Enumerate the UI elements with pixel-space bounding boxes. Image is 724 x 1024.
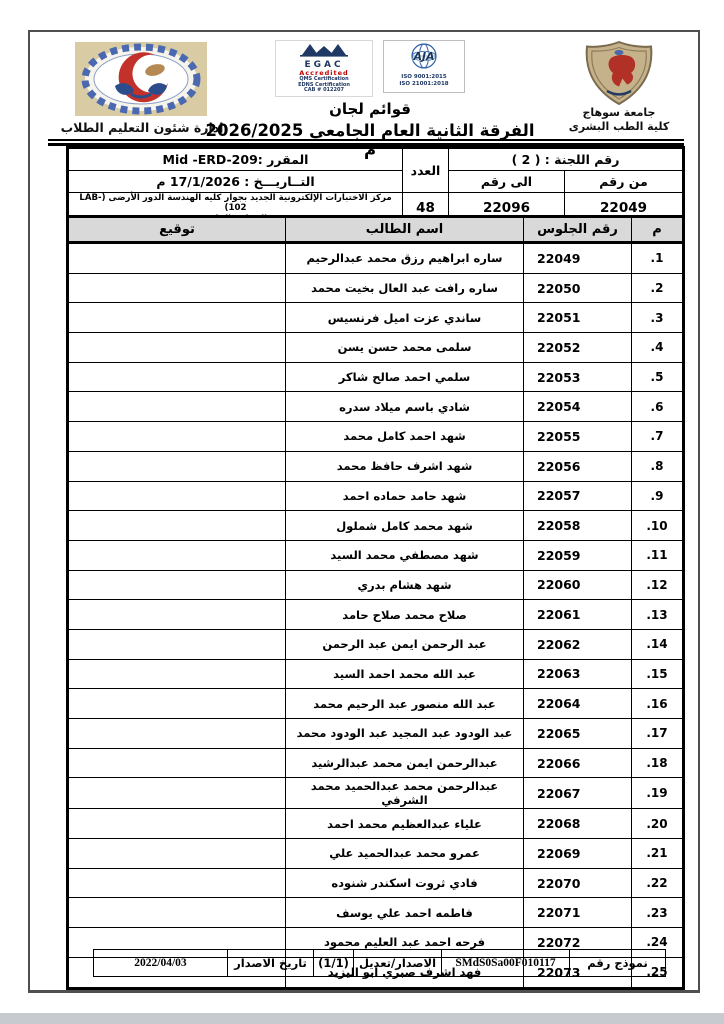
table-row: 15. 22063 عبد الله محمد احمد السيد — [68, 659, 684, 689]
signature-cell — [68, 422, 286, 452]
signature-cell — [68, 809, 286, 839]
serial-cell: 3. — [632, 303, 684, 333]
serial-cell: 16. — [632, 689, 684, 719]
serial-cell: 4. — [632, 333, 684, 363]
certification-logos: EGAC Accredited QMS Certification EDNS C… — [200, 40, 540, 96]
name-cell: شهد احمد كامل محمد — [286, 422, 524, 452]
signature-cell — [68, 333, 286, 363]
signature-cell — [68, 243, 286, 274]
table-header-row: م رقم الجلوس اسم الطالب توقيع — [68, 217, 684, 243]
seat-cell: 22053 — [524, 362, 632, 392]
serial-cell: 9. — [632, 481, 684, 511]
table-row: 13. 22061 صلاح محمد صلاح حامد — [68, 600, 684, 630]
name-cell: فاطمه احمد علي يوسف — [286, 898, 524, 928]
to-number-label: الى رقم — [449, 171, 565, 193]
table-row: 8. 22056 شهد اشرف حافظ محمد — [68, 451, 684, 481]
from-number-label: من رقم — [565, 171, 684, 193]
seat-cell: 22054 — [524, 392, 632, 422]
signature-cell — [68, 689, 286, 719]
form-footer-table: نموذج رقم SMdS0Sa00F010117 الاصدار/تعديل… — [93, 949, 666, 977]
seat-cell: 22068 — [524, 809, 632, 839]
students-table: م رقم الجلوس اسم الطالب توقيع 1. 22049 س… — [66, 215, 685, 990]
seat-cell: 22065 — [524, 719, 632, 749]
name-cell: عبد الله محمد احمد السيد — [286, 659, 524, 689]
serial-cell: 13. — [632, 600, 684, 630]
serial-cell: 15. — [632, 659, 684, 689]
issue-date-value: 2022/04/03 — [94, 950, 228, 977]
header-divider — [48, 139, 684, 146]
department-logo-icon — [75, 42, 207, 116]
egac-cert-line: CAB # 012207 — [276, 88, 372, 94]
aja-iso-line: ISO 21001:2018 — [384, 81, 464, 88]
signature-cell — [68, 839, 286, 869]
scanned-page: إدارة شئون التعليم الطلاب EGAC Accredite… — [0, 0, 724, 1024]
table-row: 10. 22058 شهد محمد كامل شملول — [68, 511, 684, 541]
serial-cell: 7. — [632, 422, 684, 452]
seat-cell: 22064 — [524, 689, 632, 719]
university-name-block: جامعة سوهاج كلية الطب البشرى — [546, 106, 692, 135]
name-cell: شهد هشام بدري — [286, 570, 524, 600]
name-cell: ساندي عزت اميل فرنسيس — [286, 303, 524, 333]
seat-cell: 22060 — [524, 570, 632, 600]
seat-cell: 22070 — [524, 868, 632, 898]
table-row: 18. 22066 عبدالرحمن ايمن محمد عبدالرشيد — [68, 748, 684, 778]
seat-cell: 22052 — [524, 333, 632, 363]
serial-cell: 22. — [632, 868, 684, 898]
seat-cell: 22066 — [524, 748, 632, 778]
signature-cell — [68, 451, 286, 481]
name-cell: ساره رافت عبد العال بخيت محمد — [286, 273, 524, 303]
seat-number-header: رقم الجلوس — [524, 217, 632, 243]
serial-cell: 5. — [632, 362, 684, 392]
seat-cell: 22055 — [524, 422, 632, 452]
table-row: 2. 22050 ساره رافت عبد العال بخيت محمد — [68, 273, 684, 303]
seat-cell: 22062 — [524, 629, 632, 659]
university-logo-icon — [576, 40, 662, 106]
name-cell: شهد حامد حماده احمد — [286, 481, 524, 511]
serial-cell: 19. — [632, 778, 684, 809]
table-row: 11. 22059 شهد مصطفي محمد السيد — [68, 540, 684, 570]
signature-cell — [68, 362, 286, 392]
name-cell: شهد اشرف حافظ محمد — [286, 451, 524, 481]
table-row: 7. 22055 شهد احمد كامل محمد — [68, 422, 684, 452]
name-cell: شادي باسم ميلاد سدره — [286, 392, 524, 422]
name-cell: سلمى محمد حسن يسن — [286, 333, 524, 363]
name-cell: عمرو محمد عبدالحميد علي — [286, 839, 524, 869]
seat-cell: 22071 — [524, 898, 632, 928]
university-name: جامعة سوهاج — [546, 106, 692, 120]
seat-cell: 22051 — [524, 303, 632, 333]
signature-cell — [68, 303, 286, 333]
faculty-name: كلية الطب البشرى — [546, 120, 692, 134]
serial-cell: 18. — [632, 748, 684, 778]
issue-value: (1/1) — [314, 950, 354, 977]
student-rows: 1. 22049 ساره ابراهيم رزق محمد عبدالرحيم… — [68, 243, 684, 989]
table-row: 9. 22057 شهد حامد حماده احمد — [68, 481, 684, 511]
issue-date-label: تاريخ الاصدار — [228, 950, 314, 977]
serial-cell: 11. — [632, 540, 684, 570]
name-cell: فادي ثروت اسكندر شنوده — [286, 868, 524, 898]
signature-cell — [68, 600, 286, 630]
seat-cell: 22067 — [524, 778, 632, 809]
signature-cell — [68, 659, 286, 689]
signature-cell — [68, 392, 286, 422]
table-row: 17. 22065 عبد الودود عبد المجيد عبد الود… — [68, 719, 684, 749]
exam-date: التــاريـــخ : 17/1/2026 م — [68, 171, 403, 193]
signature-cell — [68, 868, 286, 898]
name-cell: عبدالرحمن ايمن محمد عبدالرشيد — [286, 748, 524, 778]
table-row: 19. 22067 عبدالرحمن محمد عبدالحميد محمد … — [68, 778, 684, 809]
table-row: 6. 22054 شادي باسم ميلاد سدره — [68, 392, 684, 422]
table-row: 20. 22068 علياء عبدالعظيم محمد احمد — [68, 809, 684, 839]
aja-logo-icon: AJA ISO 9001:2015 ISO 21001:2018 — [383, 40, 465, 93]
signature-cell — [68, 748, 286, 778]
page-frame: إدارة شئون التعليم الطلاب EGAC Accredite… — [28, 30, 700, 993]
seat-cell: 22061 — [524, 600, 632, 630]
seat-cell: 22063 — [524, 659, 632, 689]
signature-cell — [68, 778, 286, 809]
aja-acronym: AJA — [384, 50, 464, 63]
serial-cell: 6. — [632, 392, 684, 422]
exam-location-line1: مركز الاختبارات الإلكترونية الجديد بجوار… — [69, 193, 402, 214]
seat-cell: 22069 — [524, 839, 632, 869]
form-number-label: نموذج رقم — [570, 950, 666, 977]
form-number-value: SMdS0Sa00F010117 — [442, 950, 570, 977]
committee-number: رقم اللجنة : ( 2 ) — [449, 148, 684, 171]
table-row: 3. 22051 ساندي عزت اميل فرنسيس — [68, 303, 684, 333]
student-name-header: اسم الطالب — [286, 217, 524, 243]
signature-cell — [68, 570, 286, 600]
serial-cell: 2. — [632, 273, 684, 303]
table-row: 21. 22069 عمرو محمد عبدالحميد علي — [68, 839, 684, 869]
table-row: 12. 22060 شهد هشام بدري — [68, 570, 684, 600]
table-row: 4. 22052 سلمى محمد حسن يسن — [68, 333, 684, 363]
egac-logo-icon: EGAC Accredited QMS Certification EDNS C… — [275, 40, 373, 97]
seat-cell: 22059 — [524, 540, 632, 570]
name-cell: عبدالرحمن محمد عبدالحميد محمد الشرفي — [286, 778, 524, 809]
serial-cell: 17. — [632, 719, 684, 749]
name-cell: سلمي احمد صالح شاكر — [286, 362, 524, 392]
name-cell: علياء عبدالعظيم محمد احمد — [286, 809, 524, 839]
signature-cell — [68, 273, 286, 303]
course-code: المقرر :Mid -ERD-209 — [68, 148, 403, 171]
name-cell: شهد مصطفي محمد السيد — [286, 540, 524, 570]
egac-pyramids-icon — [294, 42, 354, 57]
signature-cell — [68, 481, 286, 511]
scan-edge-strip — [0, 1013, 724, 1024]
serial-cell: 21. — [632, 839, 684, 869]
count-label: العدد — [403, 148, 449, 193]
seat-cell: 22049 — [524, 243, 632, 274]
name-cell: عبد الرحمن ايمن عبد الرحمن — [286, 629, 524, 659]
serial-cell: 20. — [632, 809, 684, 839]
serial-cell: 14. — [632, 629, 684, 659]
table-row: 14. 22062 عبد الرحمن ايمن عبد الرحمن — [68, 629, 684, 659]
document-title: قوائم لجان — [200, 100, 540, 118]
serial-header: م — [632, 217, 684, 243]
serial-cell: 8. — [632, 451, 684, 481]
signature-cell — [68, 511, 286, 541]
signature-cell — [68, 629, 286, 659]
serial-cell: 10. — [632, 511, 684, 541]
signature-header: توقيع — [68, 217, 286, 243]
table-row: 23. 22071 فاطمه احمد علي يوسف — [68, 898, 684, 928]
seat-cell: 22058 — [524, 511, 632, 541]
signature-cell — [68, 540, 286, 570]
issue-label: الاصدار/تعديل — [354, 950, 442, 977]
name-cell: ساره ابراهيم رزق محمد عبدالرحيم — [286, 243, 524, 274]
name-cell: شهد محمد كامل شملول — [286, 511, 524, 541]
serial-cell: 23. — [632, 898, 684, 928]
table-row: 22. 22070 فادي ثروت اسكندر شنوده — [68, 868, 684, 898]
table-row: 16. 22064 عبد الله منصور عبد الرحيم محمد — [68, 689, 684, 719]
seat-cell: 22056 — [524, 451, 632, 481]
table-row: 5. 22053 سلمي احمد صالح شاكر — [68, 362, 684, 392]
signature-cell — [68, 719, 286, 749]
name-cell: عبد الودود عبد المجيد عبد الودود محمد — [286, 719, 524, 749]
seat-cell: 22050 — [524, 273, 632, 303]
serial-cell: 12. — [632, 570, 684, 600]
table-row: 1. 22049 ساره ابراهيم رزق محمد عبدالرحيم — [68, 243, 684, 274]
signature-cell — [68, 898, 286, 928]
name-cell: عبد الله منصور عبد الرحيم محمد — [286, 689, 524, 719]
name-cell: صلاح محمد صلاح حامد — [286, 600, 524, 630]
seat-cell: 22057 — [524, 481, 632, 511]
serial-cell: 1. — [632, 243, 684, 274]
